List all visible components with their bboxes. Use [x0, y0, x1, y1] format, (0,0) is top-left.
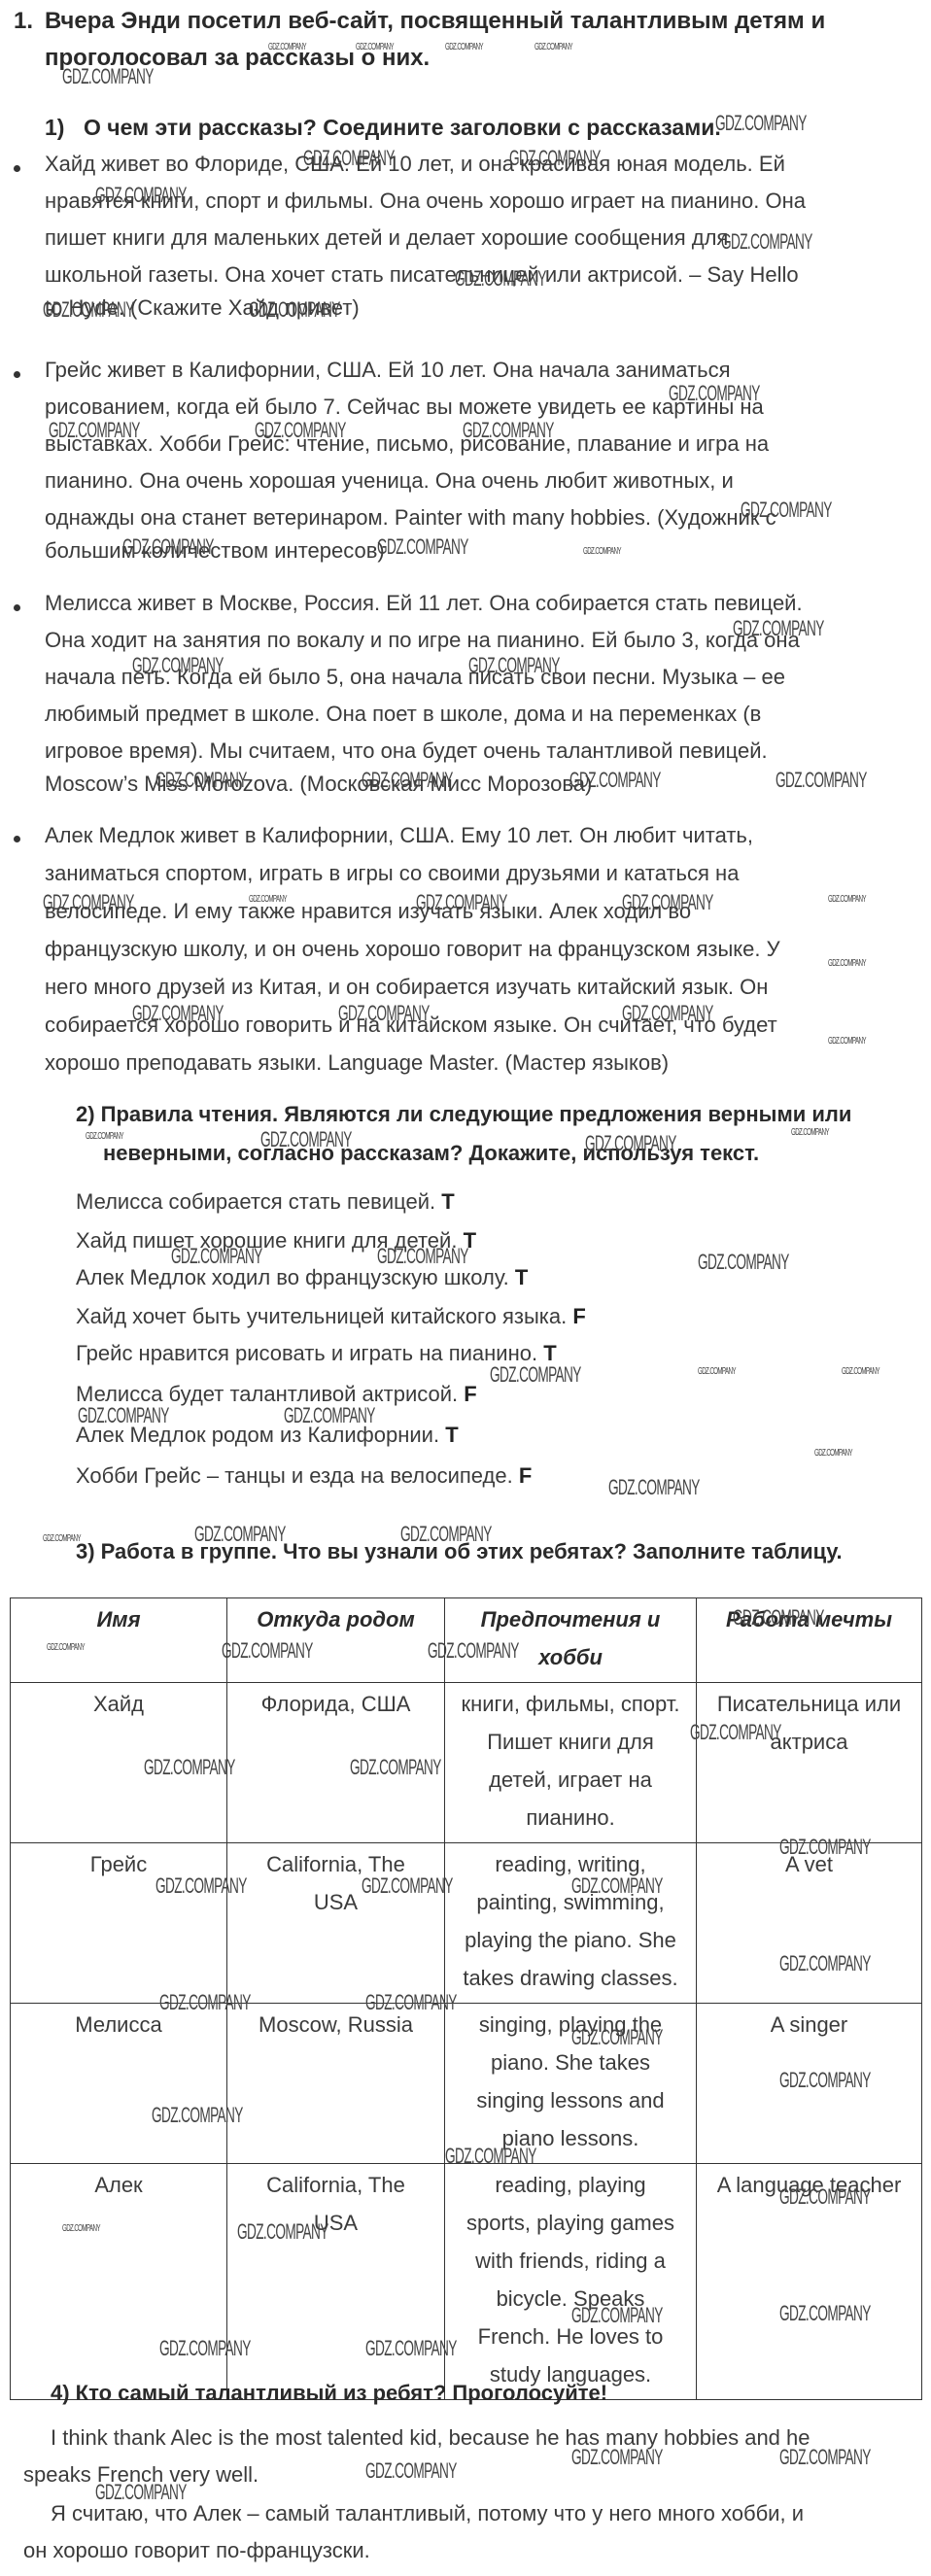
watermark: GDZ.COMPANY — [268, 42, 306, 52]
bullet-icon — [14, 604, 20, 611]
watermark: GDZ.COMPANY — [132, 1001, 224, 1026]
watermark: GDZ.COMPANY — [828, 958, 866, 969]
watermark: GDZ.COMPANY — [122, 534, 214, 560]
watermark: GDZ.COMPANY — [741, 498, 832, 523]
cell-dream-job: Писательница или актриса — [697, 1683, 922, 1843]
story-melissa: Мелисса живет в Москве, Россия. Ей 11 ле… — [45, 585, 847, 799]
story-line: Алек Медлок живет в Калифорнии, США. Ему… — [45, 816, 847, 854]
story-line: школьной газеты. Она хочет стать писател… — [45, 257, 847, 293]
watermark: GDZ.COMPANY — [416, 890, 507, 915]
story-line: Хайд живет во Флориде, США. Ей 10 лет, и… — [45, 146, 847, 183]
part1-number: 1) — [45, 115, 64, 141]
watermark: GDZ.COMPANY — [237, 2219, 328, 2245]
watermark: GDZ.COMPANY — [159, 1990, 251, 2015]
document-page: 1. Вчера Энди посетил веб-сайт, посвящен… — [0, 0, 931, 2576]
cell-from: Moscow, Russia — [227, 2004, 445, 2164]
watermark: GDZ.COMPANY — [43, 297, 134, 323]
watermark: GDZ.COMPANY — [585, 1131, 676, 1156]
watermark: GDZ.COMPANY — [284, 1403, 375, 1428]
watermark: GDZ.COMPANY — [62, 64, 154, 89]
watermark: GDZ.COMPANY — [490, 1362, 581, 1388]
watermark: GDZ.COMPANY — [260, 1127, 352, 1152]
watermark: GDZ.COMPANY — [814, 1448, 852, 1459]
watermark: GDZ.COMPANY — [791, 1127, 829, 1138]
watermark: GDZ.COMPANY — [721, 229, 812, 255]
watermark: GDZ.COMPANY — [842, 1366, 879, 1377]
watermark: GDZ.COMPANY — [445, 42, 483, 52]
watermark: GDZ.COMPANY — [362, 1873, 453, 1899]
watermark: GDZ.COMPANY — [86, 1131, 123, 1142]
watermark: GDZ.COMPANY — [779, 1951, 871, 1976]
watermark: GDZ.COMPANY — [194, 1522, 286, 1547]
cell-hobbies: книги, фильмы, спорт. Пишет книги для де… — [445, 1683, 697, 1843]
answer-mark: T — [515, 1265, 528, 1289]
watermark: GDZ.COMPANY — [338, 1001, 430, 1026]
bullet-icon — [14, 371, 20, 378]
watermark: GDZ.COMPANY — [455, 266, 546, 292]
watermark: GDZ.COMPANY — [571, 2303, 663, 2328]
story-alec: Алек Медлок живет в Калифорнии, США. Ему… — [45, 816, 847, 1082]
watermark: GDZ.COMPANY — [365, 1990, 457, 2015]
watermark: GDZ.COMPANY — [43, 1533, 81, 1544]
task-number: 1. — [14, 8, 33, 35]
answer-mark: T — [441, 1189, 454, 1214]
watermark: GDZ.COMPANY — [47, 1642, 85, 1653]
watermark: GDZ.COMPANY — [377, 1244, 468, 1269]
column-header: Имя — [11, 1598, 227, 1683]
answer-mark: F — [572, 1304, 585, 1328]
cell-hobbies: reading, writing, painting, swimming, pl… — [445, 1843, 697, 2004]
cell-name: Алек — [11, 2164, 227, 2400]
story-line: to Hyde. (Скажите Хайд привет) — [45, 293, 847, 323]
watermark: GDZ.COMPANY — [350, 1755, 441, 1780]
answer-en-line1: I think thank Alec is the most talented … — [51, 2420, 810, 2456]
bullet-icon — [14, 836, 20, 842]
watermark: GDZ.COMPANY — [669, 381, 760, 406]
watermark: GDZ.COMPANY — [356, 42, 394, 52]
watermark: GDZ.COMPANY — [583, 546, 621, 557]
watermark: GDZ.COMPANY — [569, 768, 661, 793]
statement: Грейс нравится рисовать и играть на пиан… — [76, 1335, 557, 1372]
watermark: GDZ.COMPANY — [95, 2480, 187, 2505]
cell-name: Грейс — [11, 1843, 227, 2004]
watermark: GDZ.COMPANY — [222, 1638, 313, 1664]
watermark: GDZ.COMPANY — [828, 1036, 866, 1047]
watermark: GDZ.COMPANY — [779, 2184, 871, 2210]
watermark: GDZ.COMPANY — [362, 768, 453, 793]
watermark: GDZ.COMPANY — [715, 111, 807, 136]
story-line: заниматься спортом, играть в игры со сво… — [45, 854, 847, 892]
watermark: GDZ.COMPANY — [43, 890, 134, 915]
watermark: GDZ.COMPANY — [159, 2336, 251, 2361]
watermark: GDZ.COMPANY — [571, 2025, 663, 2050]
watermark: GDZ.COMPANY — [698, 1366, 736, 1377]
story-line: пианино. Она очень хорошая ученица. Она … — [45, 463, 847, 499]
cell-name: Мелисса — [11, 2004, 227, 2164]
watermark: GDZ.COMPANY — [571, 2445, 663, 2470]
watermark: GDZ.COMPANY — [377, 534, 468, 560]
watermark: GDZ.COMPANY — [828, 894, 866, 905]
part2-heading-line1: 2) Правила чтения. Являются ли следующие… — [76, 1102, 851, 1127]
watermark: GDZ.COMPANY — [733, 616, 824, 641]
watermark: GDZ.COMPANY — [445, 2144, 536, 2169]
watermark: GDZ.COMPANY — [132, 653, 224, 678]
watermark: GDZ.COMPANY — [400, 1522, 492, 1547]
watermark: GDZ.COMPANY — [155, 768, 247, 793]
watermark: GDZ.COMPANY — [155, 1873, 247, 1899]
watermark: GDZ.COMPANY — [428, 1638, 519, 1664]
watermark: GDZ.COMPANY — [95, 183, 187, 208]
kids-table: Имя Откуда родом Предпочтения и хобби Ра… — [10, 1597, 922, 2400]
watermark: GDZ.COMPANY — [365, 2458, 457, 2484]
watermark: GDZ.COMPANY — [463, 418, 554, 443]
watermark: GDZ.COMPANY — [622, 890, 713, 915]
story-line: любимый предмет в школе. Она поет в школ… — [45, 696, 847, 733]
watermark: GDZ.COMPANY — [779, 1835, 871, 1860]
cell-hobbies: reading, playing sports, playing games w… — [445, 2164, 697, 2400]
story-line: хорошо преподавать языки. Language Maste… — [45, 1044, 847, 1082]
watermark: GDZ.COMPANY — [49, 418, 140, 443]
answer-mark: F — [464, 1382, 476, 1406]
statement: Хобби Грейс – танцы и езда на велосипеде… — [76, 1458, 532, 1494]
watermark: GDZ.COMPANY — [171, 1244, 262, 1269]
answer-ru-line2: он хорошо говорит по-французски. — [23, 2532, 370, 2569]
story-line: французскую школу, и он очень хорошо гов… — [45, 930, 847, 968]
watermark: GDZ.COMPANY — [622, 1001, 713, 1026]
watermark: GDZ.COMPANY — [249, 894, 287, 905]
statement: Мелисса собирается стать певицей. T — [76, 1184, 455, 1220]
watermark: GDZ.COMPANY — [779, 2068, 871, 2093]
watermark: GDZ.COMPANY — [779, 2301, 871, 2326]
bullet-icon — [14, 165, 20, 172]
answer-mark: F — [519, 1463, 532, 1488]
watermark: GDZ.COMPANY — [690, 1720, 781, 1745]
watermark: GDZ.COMPANY — [365, 2336, 457, 2361]
table-row: Грейс California, The USA reading, writi… — [11, 1843, 922, 2004]
part1-heading: О чем эти рассказы? Соедините заголовки … — [84, 115, 721, 141]
watermark: GDZ.COMPANY — [78, 1403, 169, 1428]
watermark: GDZ.COMPANY — [152, 2103, 243, 2128]
story-line: игровое время). Мы считаем, что она буде… — [45, 733, 847, 770]
watermark: GDZ.COMPANY — [509, 146, 601, 171]
watermark: GDZ.COMPANY — [608, 1475, 700, 1500]
watermark: GDZ.COMPANY — [62, 2223, 100, 2234]
watermark: GDZ.COMPANY — [249, 297, 340, 323]
story-line: однажды она станет ветеринаром. Painter … — [45, 499, 847, 536]
watermark: GDZ.COMPANY — [303, 146, 395, 171]
part4-heading: 4) Кто самый талантливый из ребят? Прого… — [51, 2381, 607, 2406]
cell-from: California, The USA — [227, 1843, 445, 2004]
watermark: GDZ.COMPANY — [144, 1755, 235, 1780]
cell-from: California, The USA — [227, 2164, 445, 2400]
watermark: GDZ.COMPANY — [733, 1605, 824, 1631]
watermark: GDZ.COMPANY — [698, 1250, 789, 1275]
watermark: GDZ.COMPANY — [571, 1873, 663, 1899]
answer-mark: T — [445, 1423, 458, 1447]
watermark: GDZ.COMPANY — [779, 2445, 871, 2470]
watermark: GDZ.COMPANY — [468, 653, 560, 678]
watermark: GDZ.COMPANY — [776, 768, 867, 793]
task-title-line1: Вчера Энди посетил веб-сайт, посвященный… — [45, 8, 853, 35]
story-line: Мелисса живет в Москве, Россия. Ей 11 ле… — [45, 585, 847, 622]
story-line: выставках. Хобби Грейс: чтение, письмо, … — [45, 426, 847, 463]
cell-dream-job: A vet — [697, 1843, 922, 2004]
watermark: GDZ.COMPANY — [534, 42, 572, 52]
statement: Хайд хочет быть учительницей китайского … — [76, 1298, 586, 1335]
watermark: GDZ.COMPANY — [255, 418, 346, 443]
